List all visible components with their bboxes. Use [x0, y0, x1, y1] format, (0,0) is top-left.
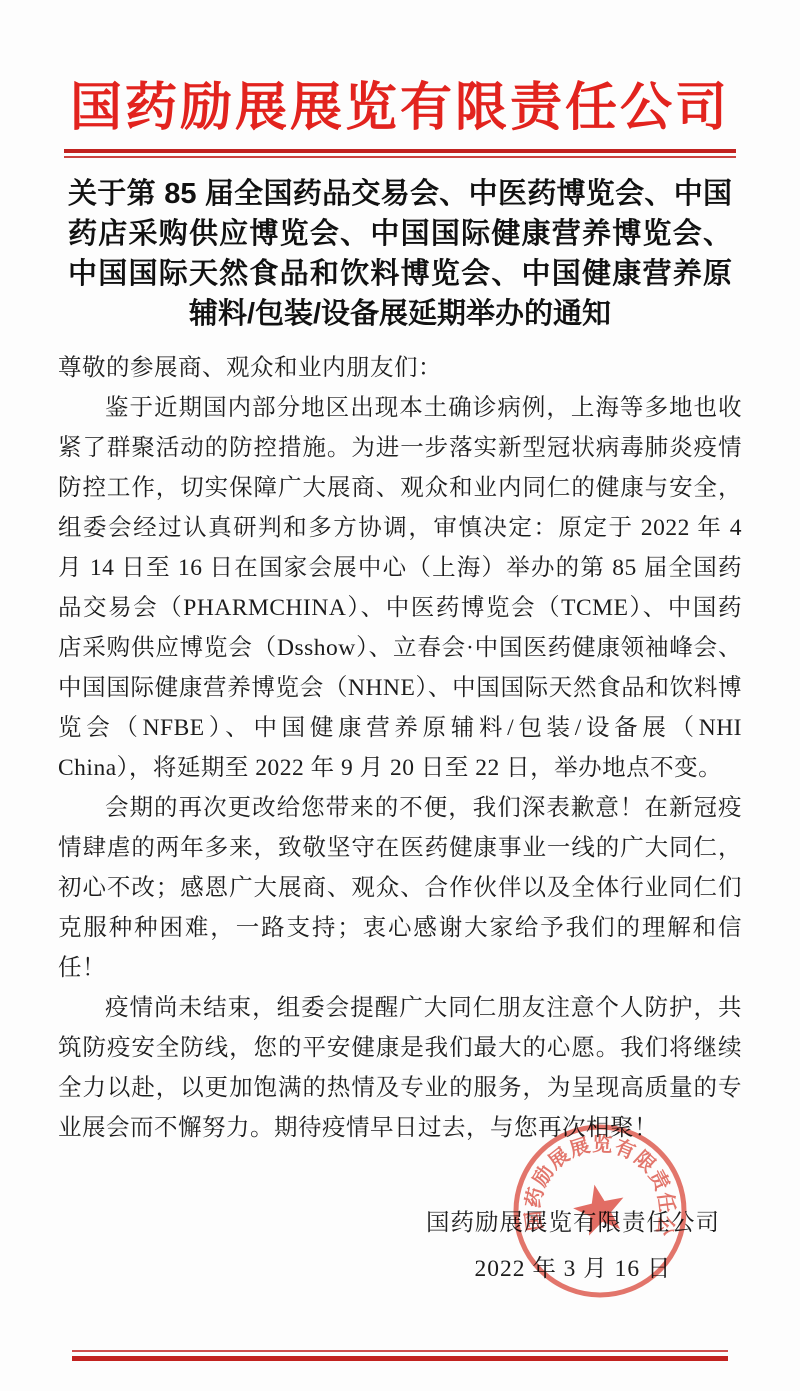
letterhead-divider-rule — [64, 149, 736, 158]
salutation-line: 尊敬的参展商、观众和业内朋友们： — [58, 348, 742, 388]
notice-title: 关于第 85 届全国药品交易会、中医药博览会、中国药店采购供应博览会、中国国际健… — [68, 174, 732, 334]
letterhead-company-title: 国药励展展览有限责任公司 — [0, 0, 800, 142]
rule-thin-line — [64, 156, 736, 158]
notice-body: 尊敬的参展商、观众和业内朋友们： 鉴于近期国内部分地区出现本土确诊病例，上海等多… — [58, 348, 742, 1148]
notice-document-page: 国药励展展览有限责任公司 关于第 85 届全国药品交易会、中医药博览会、中国药店… — [0, 0, 800, 1391]
body-paragraph: 疫情尚未结束，组委会提醒广大同仁朋友注意个人防护，共筑防疫安全防线，您的平安健康… — [58, 988, 742, 1148]
body-paragraph: 会期的再次更改给您带来的不便，我们深表歉意！在新冠疫情肆虐的两年多来，致敬坚守在… — [58, 788, 742, 988]
signature-date: 2022 年 3 月 16 日 — [426, 1246, 720, 1292]
rule-thin-line — [72, 1350, 728, 1352]
footer-divider-rule — [72, 1350, 728, 1361]
rule-thick-line — [72, 1356, 728, 1361]
signature-block: 国药励展展览有限责任公司 2022 年 3 月 16 日 — [426, 1200, 720, 1292]
body-paragraph: 鉴于近期国内部分地区出现本土确诊病例，上海等多地也收紧了群聚活动的防控措施。为进… — [58, 388, 742, 788]
signature-company: 国药励展展览有限责任公司 — [426, 1200, 720, 1246]
